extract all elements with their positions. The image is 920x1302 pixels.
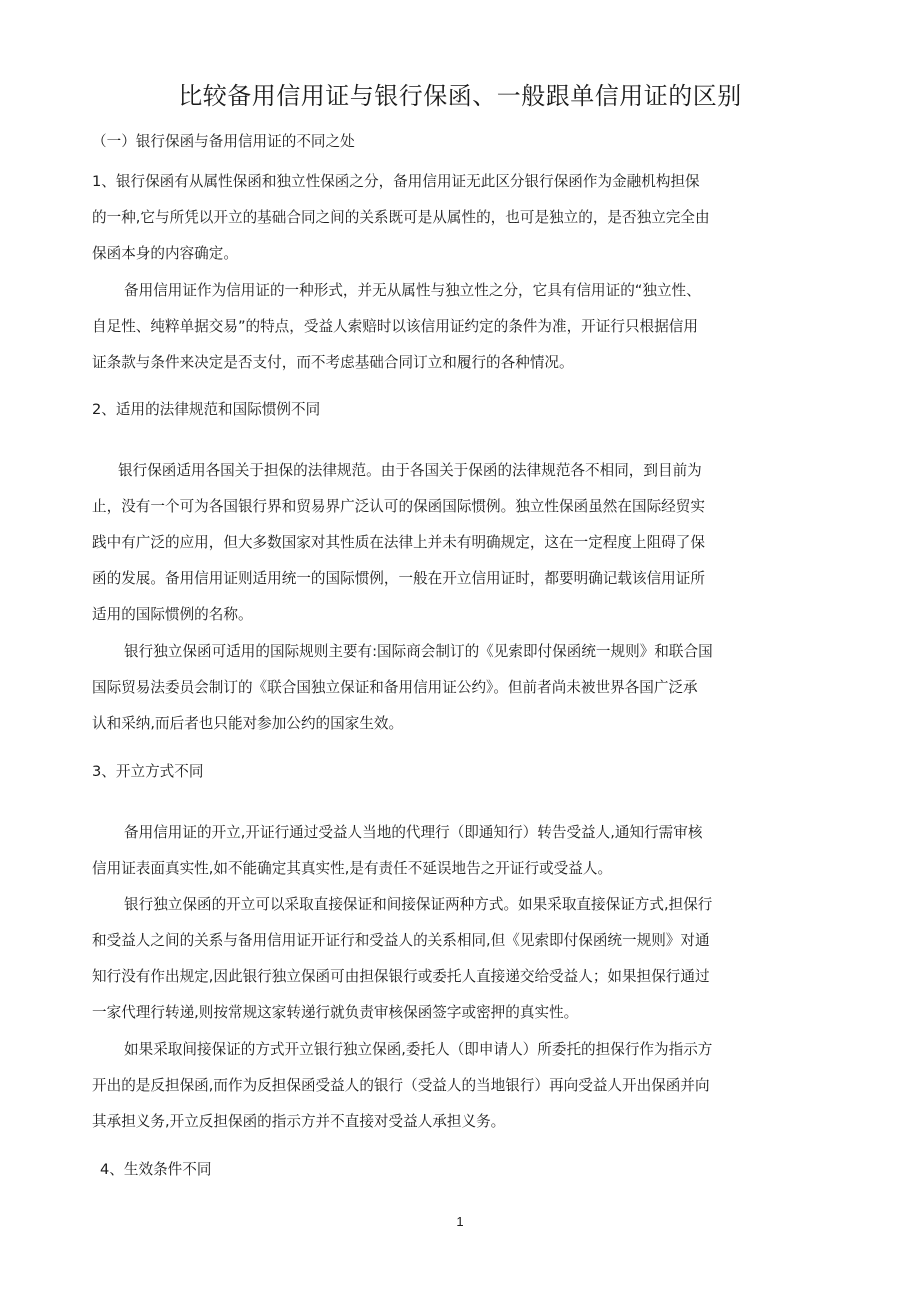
paragraph-line: 开出的是反担保函,而作为反担保函受益人的银行（受益人的当地银行）再向受益人开出保… — [92, 1074, 710, 1095]
paragraph-line: 备用信用证的开立,开证行通过受益人当地的代理行（即通知行）转告受益人,通知行需审… — [124, 821, 702, 842]
item-heading-1: 1、银行保函有从属性保函和独立性保函之分，备用信用证无此区分银行保函作为金融机构… — [92, 170, 700, 191]
paragraph-line: 认和采纳,而后者也只能对参加公约的国家生效。 — [92, 712, 403, 733]
paragraph-line: 践中有广泛的应用，但大多数国家对其性质在法律上并未有明确规定，这在一定程度上阻碍… — [92, 531, 705, 552]
paragraph-line: 如果采取间接保证的方式开立银行独立保函,委托人（即申请人）所委托的担保行作为指示… — [124, 1038, 712, 1059]
paragraph-line: 信用证表面真实性,如不能确定其真实性,是有责任不延误地告之开证行或受益人。 — [92, 857, 612, 878]
document-page: 比较备用信用证与银行保函、一般跟单信用证的区别 （一）银行保函与备用信用证的不同… — [0, 0, 920, 1302]
paragraph-line: 自足性、纯粹单据交易”的特点，受益人索赔时以该信用证约定的条件为准，开证行只根据… — [92, 315, 698, 336]
paragraph-line: 函的发展。备用信用证则适用统一的国际惯例，一般在开立信用证时，都要明确记载该信用… — [92, 567, 705, 588]
item-heading-4: 4、生效条件不同 — [100, 1158, 211, 1179]
paragraph-line: 银行独立保函的开立可以采取直接保证和间接保证两种方式。如果采取直接保证方式,担保… — [124, 893, 712, 914]
page-number: 1 — [0, 1214, 920, 1229]
section-heading: （一）银行保函与备用信用证的不同之处 — [92, 130, 355, 151]
paragraph-line: 银行保函适用各国关于担保的法律规范。由于各国关于保函的法律规范各不相同，到目前为 — [118, 459, 702, 480]
item-heading-2: 2、适用的法律规范和国际惯例不同 — [92, 398, 320, 419]
paragraph-line: 保函本身的内容确定。 — [92, 242, 238, 263]
paragraph-line: 其承担义务,开立反担保函的指示方并不直接对受益人承担义务。 — [92, 1110, 505, 1131]
paragraph-line: 止，没有一个可为各国银行界和贸易界广泛认可的保函国际惯例。独立性保函虽然在国际经… — [92, 495, 705, 516]
paragraph-line: 适用的国际惯例的名称。 — [92, 603, 253, 624]
paragraph-line: 国际贸易法委员会制订的《联合国独立保证和备用信用证公约》。但前者尚未被世界各国广… — [92, 676, 698, 697]
paragraph-line: 银行独立保函可适用的国际规则主要有:国际商会制订的《见索即付保函统一规则》和联合… — [124, 640, 713, 661]
document-title: 比较备用信用证与银行保函、一般跟单信用证的区别 — [0, 76, 920, 111]
paragraph-line: 一家代理行转递,则按常规这家转递行就负责审核保函签字或密押的真实性。 — [92, 1001, 578, 1022]
paragraph-line: 知行没有作出规定,因此银行独立保函可由担保银行或委托人直接递交给受益人；如果担保… — [92, 965, 710, 986]
item-heading-3: 3、开立方式不同 — [92, 760, 203, 781]
paragraph-line: 和受益人之间的关系与备用信用证开证行和受益人的关系相同,但《见索即付保函统一规则… — [92, 929, 710, 950]
paragraph-line: 的一种,它与所凭以开立的基础合同之间的关系既可是从属性的，也可是独立的，是否独立… — [92, 206, 710, 227]
paragraph-line: 证条款与条件来决定是否支付，而不考虑基础合同订立和履行的各种情况。 — [92, 351, 574, 372]
paragraph-line: 备用信用证作为信用证的一种形式，并无从属性与独立性之分，它具有信用证的“独立性、 — [124, 279, 701, 300]
